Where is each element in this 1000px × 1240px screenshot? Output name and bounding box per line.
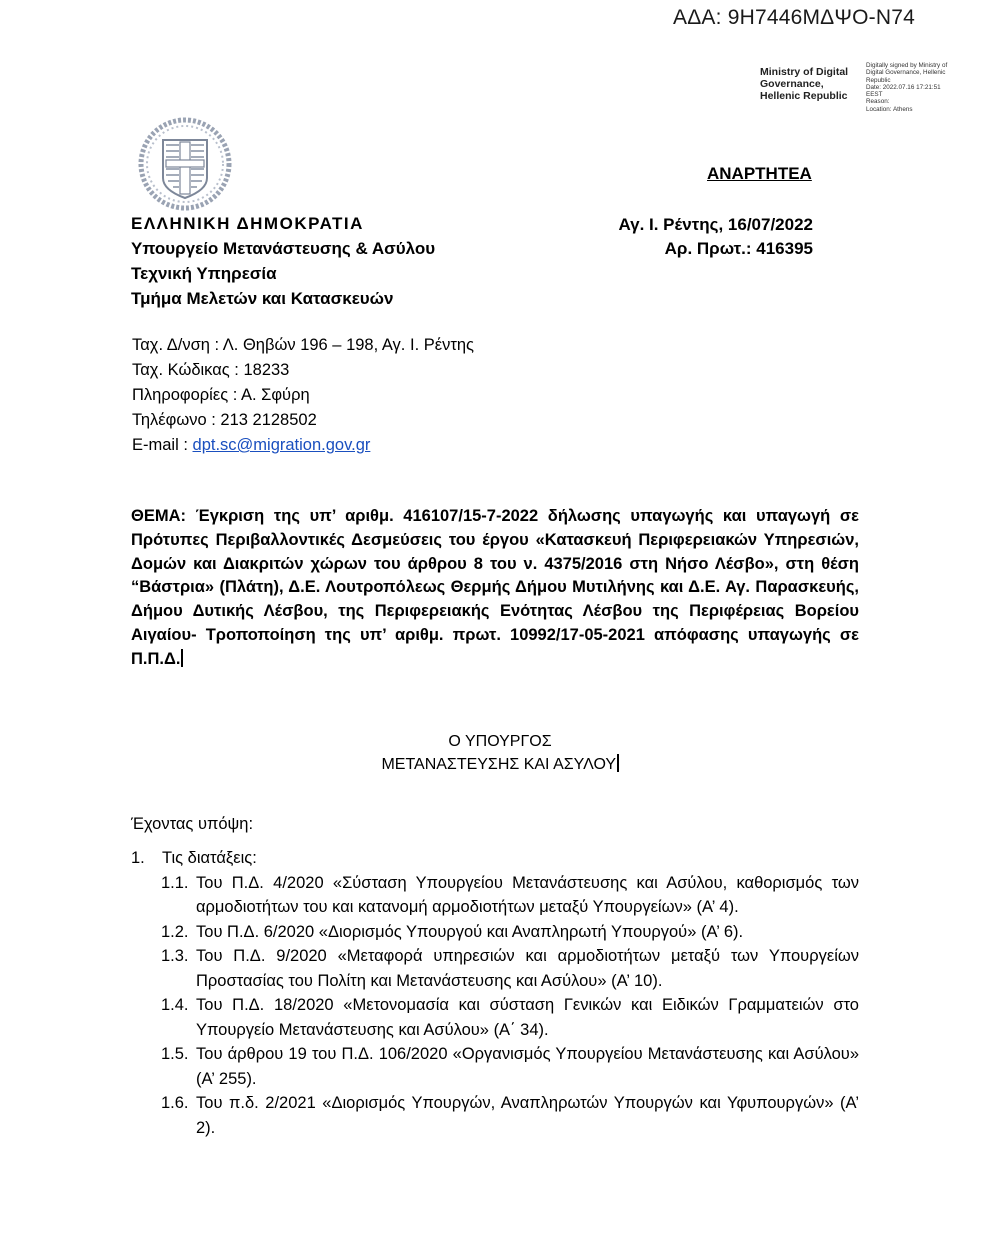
protocol-number: Αρ. Πρωτ.: 416395 <box>560 237 813 261</box>
considering-heading: Έχοντας υπόψη: <box>131 815 253 834</box>
contact-address: Ταχ. Δ/νση : Λ. Θηβών 196 – 198, Αγ. Ι. … <box>132 333 474 358</box>
subject-text: ΘΕΜΑ: Έγκριση της υπ’ αριθμ. 416107/15-7… <box>131 507 859 668</box>
list-number: 1.6. <box>161 1091 196 1140</box>
list-item: 1. Τις διατάξεις: <box>131 846 859 871</box>
list-number: 1.3. <box>161 944 196 993</box>
signature-detail-line: Digital Governance, Hellenic <box>866 69 976 76</box>
signature-detail-line: Date: 2022.07.16 17:21:51 <box>866 84 976 91</box>
minister-ministry: ΜΕΤΑΝΑΣΤΕΥΣΗΣ ΚΑΙ ΑΣΥΛΟΥ <box>300 753 700 776</box>
digital-signature-details: Digitally signed by Ministry of Digital … <box>866 62 976 113</box>
issuer-ministry: Υπουργείο Μετανάστευσης & Ασύλου <box>131 236 435 261</box>
contact-email-row: E-mail : dpt.sc@migration.gov.gr <box>132 433 474 458</box>
issuer-department: Τμήμα Μελετών και Κατασκευών <box>131 286 435 311</box>
list-number: 1.2. <box>161 920 196 945</box>
list-item: 1.6.Του π.δ. 2/2021 «Διορισμός Υπουργών,… <box>161 1091 859 1140</box>
signature-detail-line: Location: Athens <box>866 106 976 113</box>
email-label: E-mail : <box>132 436 193 454</box>
list-item: 1.2.Του Π.Δ. 6/2020 «Διορισμός Υπουργού … <box>161 920 859 945</box>
list-item: 1.3.Του Π.Δ. 9/2020 «Μεταφορά υπηρεσιών … <box>161 944 859 993</box>
signer-line: Ministry of Digital <box>760 66 870 78</box>
place-date: Αγ. Ι. Ρέντης, 16/07/2022 <box>560 213 813 237</box>
issuer-country: ΕΛΛΗΝΙΚΗ ΔΗΜΟΚΡΑΤΙΑ <box>131 211 435 236</box>
list-text: Του π.δ. 2/2021 «Διορισμός Υπουργών, Ανα… <box>196 1091 859 1140</box>
contact-phone: Τηλέφωνο : 213 2128502 <box>132 408 474 433</box>
list-item: 1.5.Του άρθρου 19 του Π.Δ. 106/2020 «Οργ… <box>161 1042 859 1091</box>
contact-info: Πληροφορίες : Α. Σφύρη <box>132 383 474 408</box>
list-text: Του Π.Δ. 4/2020 «Σύσταση Υπουργείου Μετα… <box>196 871 859 920</box>
list-title: Τις διατάξεις: <box>162 846 257 871</box>
issuer-service: Τεχνική Υπηρεσία <box>131 261 435 286</box>
issuer-block: ΕΛΛΗΝΙΚΗ ΔΗΜΟΚΡΑΤΙΑ Υπουργείο Μετανάστευ… <box>131 211 435 311</box>
minister-heading: Ο ΥΠΟΥΡΓΟΣ ΜΕΤΑΝΑΣΤΕΥΣΗΣ ΚΑΙ ΑΣΥΛΟΥ <box>300 730 700 776</box>
digital-signature-signer: Ministry of Digital Governance, Hellenic… <box>760 66 870 102</box>
contact-postcode: Ταχ. Κώδικας : 18233 <box>132 358 474 383</box>
date-block: Αγ. Ι. Ρέντης, 16/07/2022 Αρ. Πρωτ.: 416… <box>560 213 813 261</box>
signer-line: Governance, <box>760 78 870 90</box>
signature-detail-line: EEST <box>866 91 976 98</box>
list-number: 1. <box>131 846 162 871</box>
list-text: Του Π.Δ. 6/2020 «Διορισμός Υπουργού και … <box>196 920 859 945</box>
signature-detail-line: Reason: <box>866 98 976 105</box>
list-item: 1.4.Του Π.Δ. 18/2020 «Μετονομασία και σύ… <box>161 993 859 1042</box>
document-subject: ΘΕΜΑ: Έγκριση της υπ’ αριθμ. 416107/15-7… <box>131 505 859 672</box>
signature-detail-line: Digitally signed by Ministry of <box>866 62 976 69</box>
list-number: 1.4. <box>161 993 196 1042</box>
list-number: 1.5. <box>161 1042 196 1091</box>
signature-detail-line: Republic <box>866 77 976 84</box>
contact-block: Ταχ. Δ/νση : Λ. Θηβών 196 – 198, Αγ. Ι. … <box>132 333 474 458</box>
text-cursor <box>617 754 619 772</box>
list-text: Του άρθρου 19 του Π.Δ. 106/2020 «Οργανισ… <box>196 1042 859 1091</box>
list-text: Του Π.Δ. 9/2020 «Μεταφορά υπηρεσιών και … <box>196 944 859 993</box>
greek-coat-of-arms-icon <box>133 116 237 212</box>
ada-code: ΑΔΑ: 9Η7446ΜΔΨΟ-Ν74 <box>673 6 915 30</box>
text-cursor <box>181 649 183 667</box>
list-number: 1.1. <box>161 871 196 920</box>
minister-title: Ο ΥΠΟΥΡΓΟΣ <box>300 730 700 753</box>
provisions-list: 1. Τις διατάξεις: 1.1.Του Π.Δ. 4/2020 «Σ… <box>131 846 859 1140</box>
email-link[interactable]: dpt.sc@migration.gov.gr <box>193 436 371 454</box>
signer-line: Hellenic Republic <box>760 90 870 102</box>
list-text: Του Π.Δ. 18/2020 «Μετονομασία και σύστασ… <box>196 993 859 1042</box>
publication-label: ΑΝΑΡΤΗΤΕΑ <box>707 164 812 184</box>
list-item: 1.1.Του Π.Δ. 4/2020 «Σύσταση Υπουργείου … <box>161 871 859 920</box>
